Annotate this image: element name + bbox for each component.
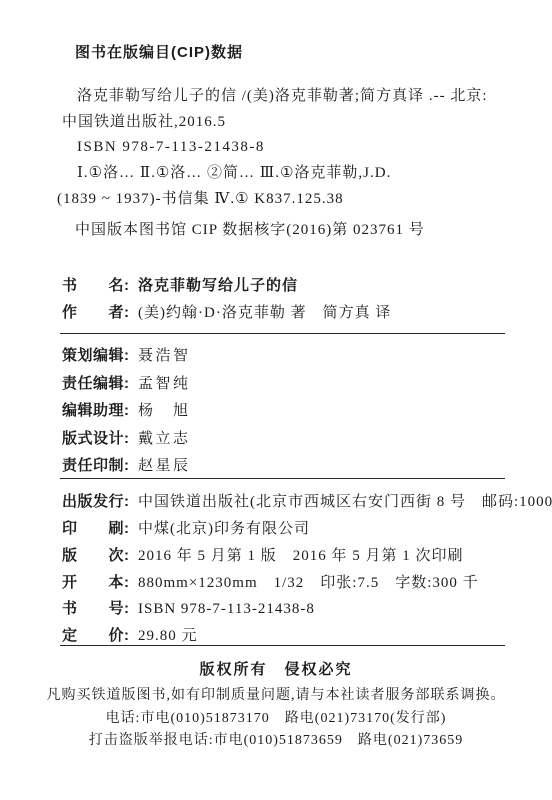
editor-label: 版式设计: (62, 430, 138, 449)
piracy-hotline: 打击盗版举报电话:市电(010)51873659 路电(021)73659 (0, 732, 552, 750)
publishing-label: 定 价: (62, 627, 138, 646)
publishing-value: 29.80 元 (138, 628, 198, 644)
publishing-row: 版 次:2016 年 5 月第 1 版 2016 年 5 月第 1 次印刷 (62, 547, 464, 566)
editor-row: 责任编辑:孟智纯 (62, 375, 191, 394)
copyright-notice: 版权所有 侵权必究 (0, 661, 552, 680)
editor-label: 责任印制: (62, 457, 138, 476)
cip-class-line-1: Ⅰ.①洛… Ⅱ.①洛… ②简… Ⅲ.①洛克菲勒,J.D. (77, 164, 391, 183)
cip-title-line: 洛克菲勒写给儿子的信 /(美)洛克菲勒著;简方真译 .-- 北京: (77, 87, 488, 106)
publishing-value: 中煤(北京)印务有限公司 (138, 521, 310, 537)
author-label: 作 者: (62, 304, 138, 323)
divider-middle (60, 478, 505, 479)
cip-header: 图书在版编目(CIP)数据 (75, 44, 243, 63)
author-row: 作 者:(美)约翰·D·洛克菲勒 著 简方真 译 (62, 304, 391, 323)
publishing-row: 书 号:ISBN 978-7-113-21438-8 (62, 600, 315, 619)
cip-publisher-line: 中国铁道出版社,2016.5 (62, 113, 226, 132)
copyright-page: 图书在版编目(CIP)数据 洛克菲勒写给儿子的信 /(美)洛克菲勒著;简方真译 … (0, 0, 552, 800)
editor-label: 责任编辑: (62, 375, 138, 394)
editor-row: 策划编辑:聂浩智 (62, 347, 191, 366)
phone-line: 电话:市电(010)51873170 路电(021)73170(发行部) (0, 710, 552, 728)
cip-record: 中国版本图书馆 CIP 数据核字(2016)第 023761 号 (75, 221, 425, 240)
editor-value: 杨 旭 (138, 403, 191, 419)
publishing-label: 书 号: (62, 600, 138, 619)
publishing-value: 880mm×1230mm 1/32 印张:7.5 字数:300 千 (138, 575, 479, 591)
editor-row: 编辑助理:杨 旭 (62, 402, 191, 421)
publishing-row: 定 价:29.80 元 (62, 627, 198, 646)
publishing-row: 开 本:880mm×1230mm 1/32 印张:7.5 字数:300 千 (62, 574, 479, 593)
editor-row: 版式设计:戴立志 (62, 430, 191, 449)
publishing-label: 印 刷: (62, 520, 138, 539)
author-value: (美)约翰·D·洛克菲勒 著 简方真 译 (138, 305, 391, 321)
cip-isbn: ISBN 978-7-113-21438-8 (77, 138, 265, 157)
editor-value: 戴立志 (138, 431, 191, 447)
publishing-row: 印 刷:中煤(北京)印务有限公司 (62, 520, 310, 539)
cip-class-line-2: (1839 ~ 1937)-书信集 Ⅳ.① K837.125.38 (57, 190, 344, 209)
publishing-label: 开 本: (62, 574, 138, 593)
publishing-label: 版 次: (62, 547, 138, 566)
divider-bottom (60, 645, 505, 646)
editor-row: 责任印制:赵星辰 (62, 457, 191, 476)
book-title-row: 书 名:洛克菲勒写给儿子的信 (62, 277, 298, 296)
book-title-label: 书 名: (62, 277, 138, 296)
publishing-row: 出版发行:中国铁道出版社(北京市西城区右安门西街 8 号 邮码:100054) (62, 493, 552, 512)
editor-label: 策划编辑: (62, 347, 138, 366)
publishing-value: 2016 年 5 月第 1 版 2016 年 5 月第 1 次印刷 (138, 548, 464, 564)
book-title-value: 洛克菲勒写给儿子的信 (138, 277, 298, 294)
editor-value: 赵星辰 (138, 458, 191, 474)
exchange-notice: 凡购买铁道版图书,如有印制质量问题,请与本社读者服务部联系调换。 (0, 687, 552, 705)
publishing-value: 中国铁道出版社(北京市西城区右安门西街 8 号 邮码:100054) (138, 494, 552, 510)
editor-value: 孟智纯 (138, 376, 191, 392)
editor-label: 编辑助理: (62, 402, 138, 421)
divider-top (60, 333, 505, 334)
publishing-label: 出版发行: (62, 493, 138, 512)
publishing-value: ISBN 978-7-113-21438-8 (138, 601, 315, 617)
editor-value: 聂浩智 (138, 348, 191, 364)
